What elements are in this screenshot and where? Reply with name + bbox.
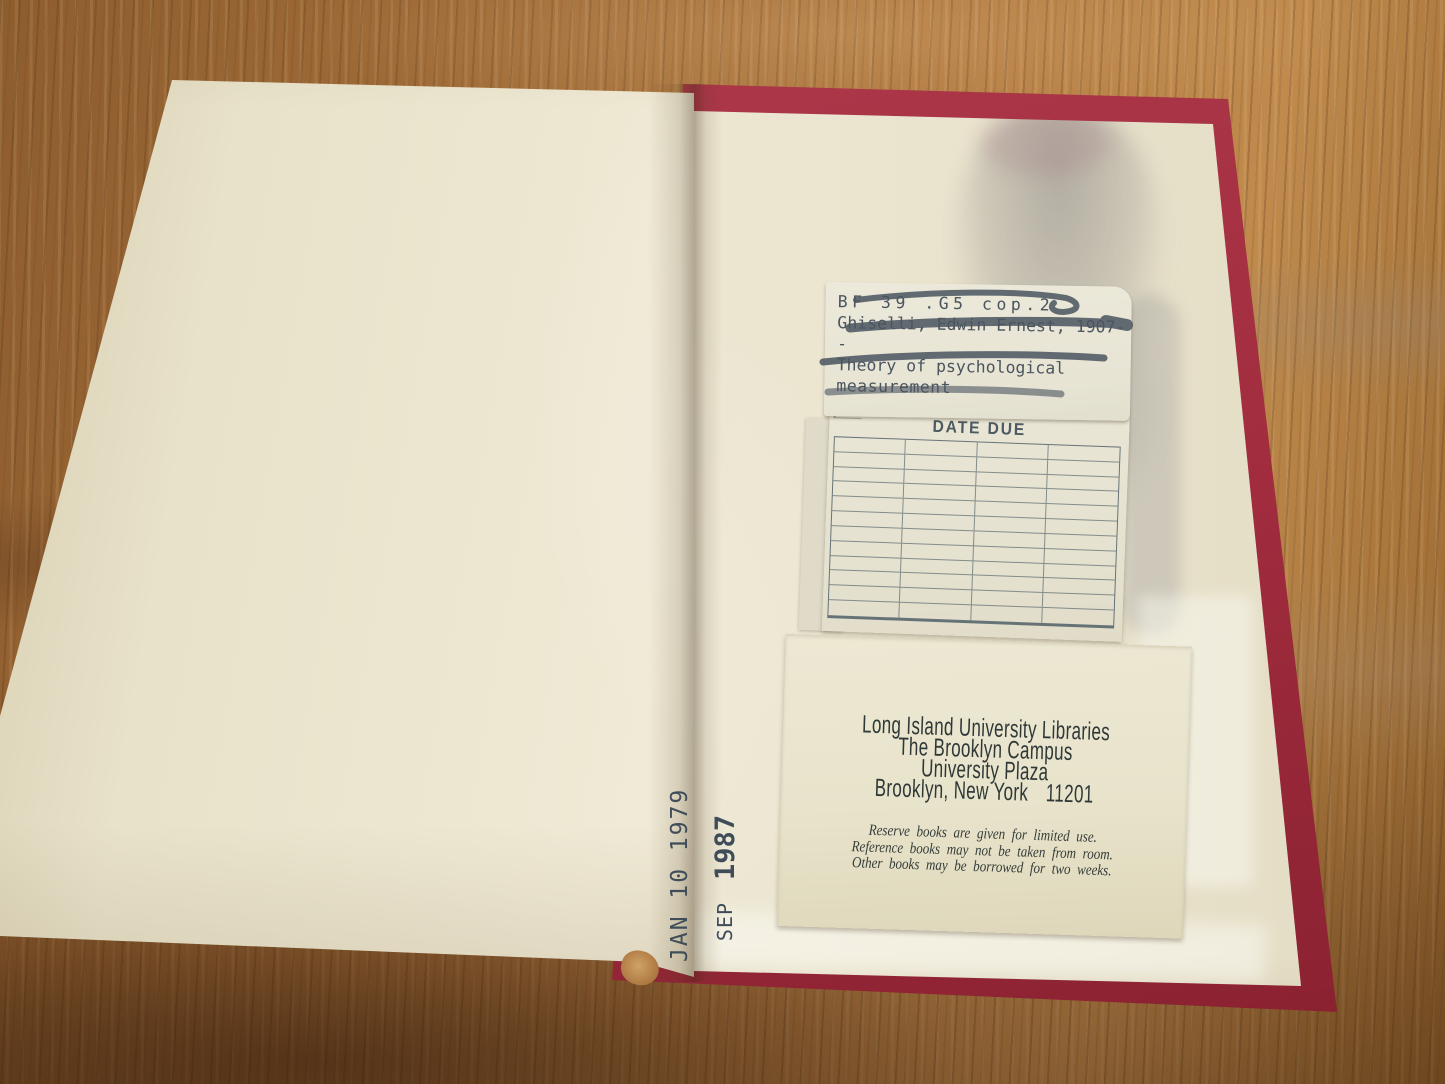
date-due-cell xyxy=(900,603,972,620)
stamp-year: 1987 xyxy=(710,815,741,880)
library-address: Long Island University Libraries The Bro… xyxy=(846,714,1125,807)
borrowing-rules: Reserve books are given for limited use.… xyxy=(811,821,1153,881)
stamp-month: SEP xyxy=(713,902,737,941)
date-due-card: DATE DUE xyxy=(822,407,1130,642)
open-book-photo: DATE DUE BF 39 .G5 cop.2 Ghiselli, Edwin… xyxy=(0,0,1445,1084)
date-due-cell xyxy=(971,605,1043,622)
date-due-cell xyxy=(828,600,900,617)
zip-code: 11201 xyxy=(1046,783,1094,805)
date-stamp-jan-10-1979: JAN 10 1979 xyxy=(667,812,703,962)
library-pocket: Long Island University Libraries The Bro… xyxy=(777,634,1192,939)
date-stamp-sep-1987: SEP 1987 xyxy=(705,812,745,944)
date-due-grid xyxy=(827,436,1120,628)
pen-strikethrough-marks xyxy=(818,278,1148,428)
library-city-zip: Brooklyn, New York11201 xyxy=(846,777,1123,807)
date-due-cell xyxy=(1042,608,1114,625)
